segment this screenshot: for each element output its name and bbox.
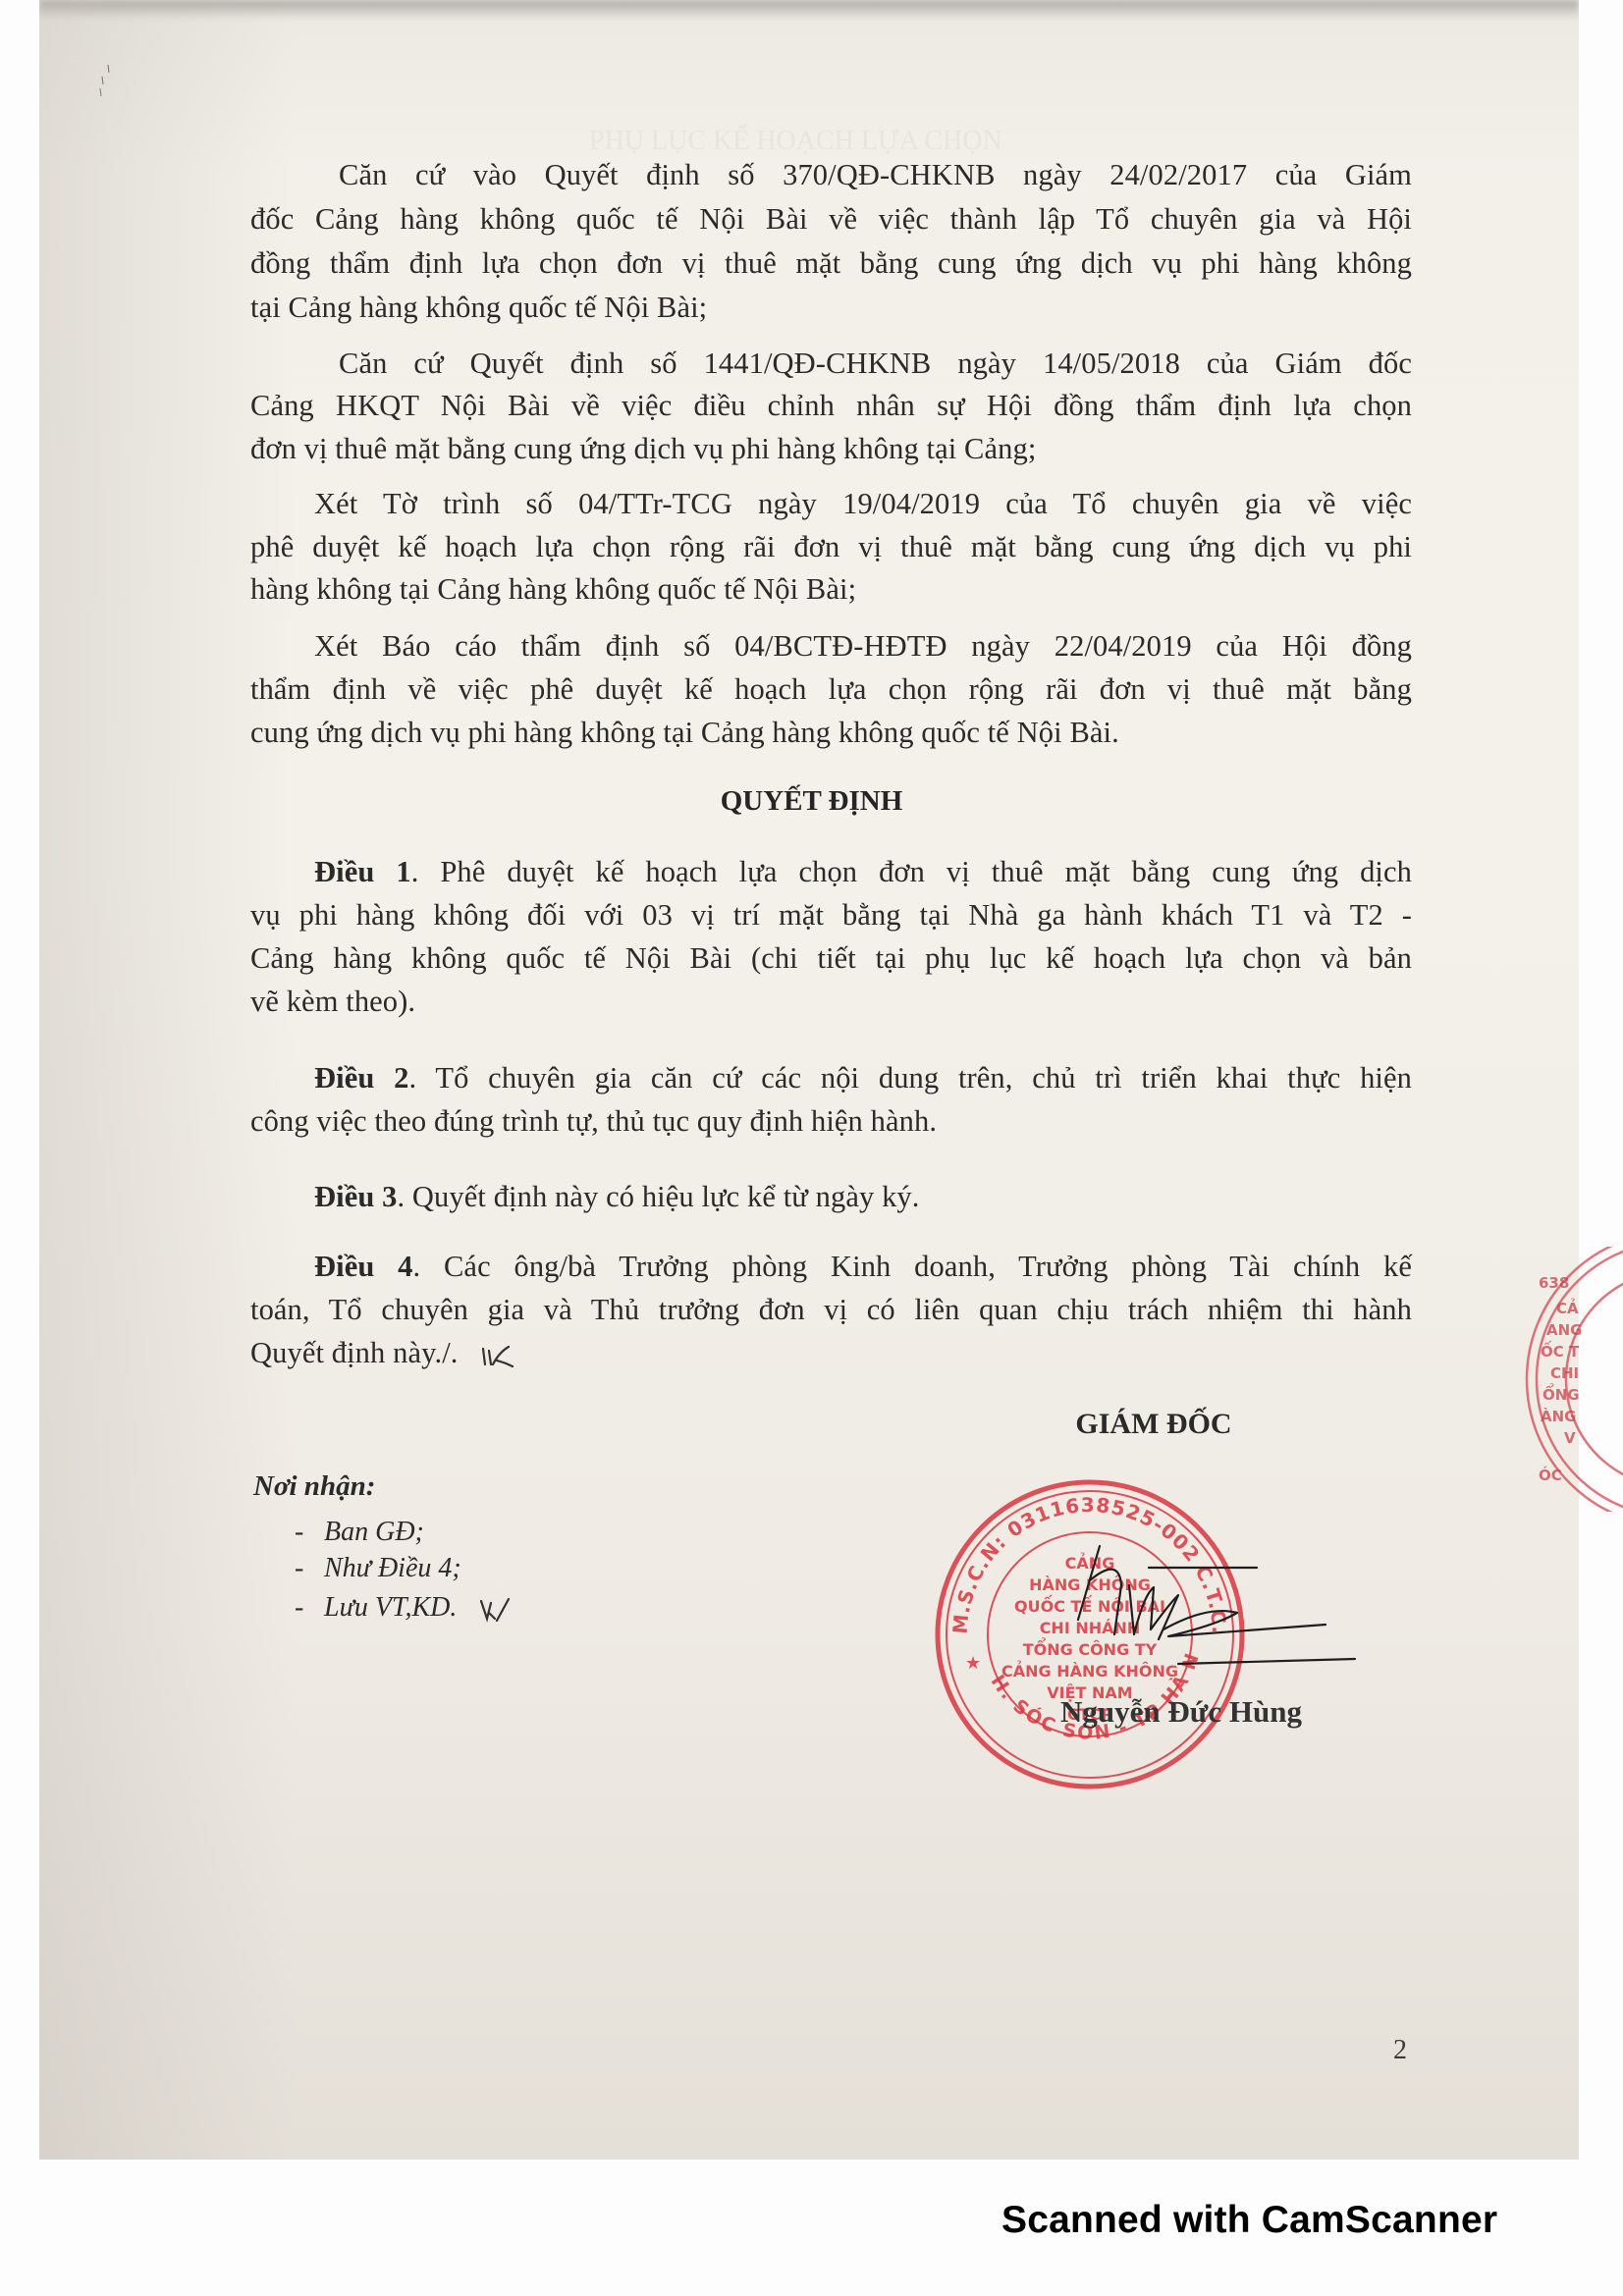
article-1-line-2: vụ phi hàng không đối với 03 vị trí mặt … xyxy=(250,897,1412,933)
preamble-4-line-1: Xét Báo cáo thẩm định số 04/BCTĐ-HĐTĐ ng… xyxy=(314,628,1412,664)
handwritten-initial-icon xyxy=(477,1595,513,1625)
svg-text:ÀNG: ÀNG xyxy=(1541,1407,1576,1425)
preamble-2-line-1: Căn cứ Quyết định số 1441/QĐ-CHKNB ngày … xyxy=(339,346,1412,381)
article-2-label: Điều 2 xyxy=(314,1061,408,1095)
svg-text:ỔNG: ỔNG xyxy=(1542,1382,1580,1404)
svg-text:ANG: ANG xyxy=(1546,1321,1582,1339)
article-1-text: . Phê duyệt kế hoạch lựa chọn đơn vị thu… xyxy=(411,855,1412,888)
svg-text:CẢ: CẢ xyxy=(1556,1297,1579,1317)
article-3-label: Điều 3 xyxy=(314,1180,397,1213)
article-1-line-4: vẽ kèm theo). xyxy=(250,984,1412,1019)
recipient-text: Lưu VT,KD. xyxy=(324,1592,457,1623)
recipient-item: -Lưu VT,KD. xyxy=(295,1592,513,1625)
svg-text:V: V xyxy=(1564,1429,1576,1447)
article-4-label: Điều 4 xyxy=(314,1250,413,1283)
svg-text:ÓC: ÓC xyxy=(1539,1466,1562,1484)
article-4-line-1: Điều 4. Các ông/bà Trưởng phòng Kinh doa… xyxy=(314,1249,1412,1284)
recipient-item: -Như Điều 4; xyxy=(295,1553,461,1584)
camscanner-watermark: Scanned with CamScanner xyxy=(1001,2199,1497,2242)
preamble-3-line-1: Xét Tờ trình số 04/TTr-TCG ngày 19/04/20… xyxy=(314,486,1412,521)
signer-title: GIÁM ĐỐC xyxy=(1055,1408,1252,1441)
article-2-line-1: Điều 2. Tổ chuyên gia căn cứ các nội dun… xyxy=(314,1060,1412,1095)
signer-name: Nguyễn Đức Hùng xyxy=(1060,1694,1302,1730)
preamble-3-line-2: phê duyệt kế hoạch lựa chọn rộng rãi đơn… xyxy=(250,529,1412,564)
article-1-label: Điều 1 xyxy=(314,855,411,888)
article-2-line-2: công việc theo đúng trình tự, thủ tục qu… xyxy=(250,1103,1412,1139)
decision-heading: QUYẾT ĐỊNH xyxy=(0,785,1623,818)
preamble-1-line-1: Căn cứ vào Quyết định số 370/QĐ-CHKNB ng… xyxy=(339,157,1412,192)
handwritten-initial-icon xyxy=(479,1341,518,1370)
recipient-text: Như Điều 4; xyxy=(324,1553,461,1583)
preamble-4-line-3: cung ứng dịch vụ phi hàng không tại Cảng… xyxy=(250,715,1412,750)
article-4-line-3-text: Quyết định này./. xyxy=(250,1336,459,1369)
article-1-line-1: Điều 1. Phê duyệt kế hoạch lựa chọn đơn … xyxy=(314,854,1412,889)
director-signature xyxy=(1060,1526,1375,1674)
recipient-text: Ban GĐ; xyxy=(324,1517,424,1547)
preamble-1-line-2: đốc Cảng hàng không quốc tế Nội Bài về v… xyxy=(250,201,1412,237)
preamble-4-line-2: thẩm định về việc phê duyệt kế hoạch lựa… xyxy=(250,671,1412,707)
article-3-text: . Quyết định này có hiệu lực kể từ ngày … xyxy=(397,1180,919,1213)
preamble-2-line-2: Cảng HKQT Nội Bài về việc điều chỉnh nhâ… xyxy=(250,388,1412,423)
partial-seal-stamp: 638 CẢ ANG ỐC T CHI ỔNG ÀNG V ÓC xyxy=(1517,1247,1623,1512)
scan-specks xyxy=(98,49,128,108)
svg-text:638: 638 xyxy=(1539,1274,1569,1292)
article-4-text: . Các ông/bà Trưởng phòng Kinh doanh, Tr… xyxy=(413,1250,1412,1283)
svg-text:ỐC T: ỐC T xyxy=(1541,1340,1580,1361)
article-4-line-3: Quyết định này./. xyxy=(250,1335,1412,1370)
recipient-item: -Ban GĐ; xyxy=(295,1517,424,1548)
preamble-1-line-4: tại Cảng hàng không quốc tế Nội Bài; xyxy=(250,290,1412,325)
article-3-line-1: Điều 3. Quyết định này có hiệu lực kể từ… xyxy=(314,1179,1412,1214)
page-number: 2 xyxy=(1393,2035,1407,2066)
article-1-line-3: Cảng hàng không quốc tế Nội Bài (chi tiế… xyxy=(250,940,1412,976)
preamble-2-line-3: đơn vị thuê mặt bằng cung ứng dịch vụ ph… xyxy=(250,431,1412,466)
svg-text:★: ★ xyxy=(965,1653,981,1674)
article-4-line-2: toán, Tổ chuyên gia và Thủ trưởng đơn vị… xyxy=(250,1292,1412,1327)
svg-text:CHI: CHI xyxy=(1550,1364,1579,1382)
article-2-text: . Tổ chuyên gia căn cứ các nội dung trên… xyxy=(408,1061,1412,1095)
preamble-1-line-3: đồng thẩm định lựa chọn đơn vị thuê mặt … xyxy=(250,245,1412,281)
preamble-3-line-3: hàng không tại Cảng hàng không quốc tế N… xyxy=(250,571,1412,607)
recipients-label: Nơi nhận: xyxy=(253,1470,375,1503)
show-through-text: PHỤ LỤC KẾ HOẠCH LỰA CHỌN xyxy=(589,126,1002,157)
